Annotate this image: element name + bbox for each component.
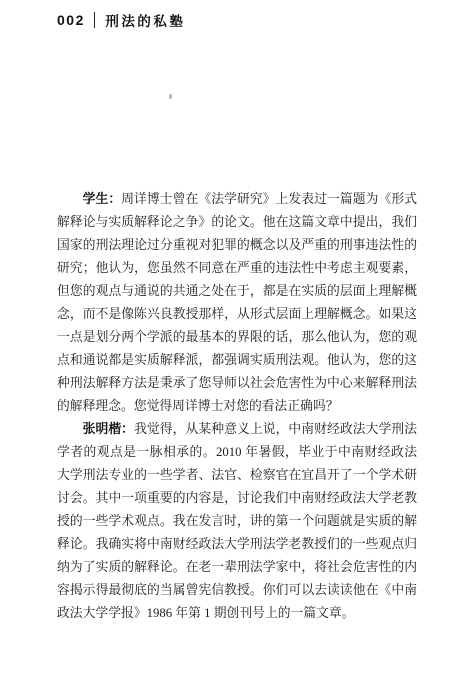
page-body: 学生：周详博士曾在《法学研究》上发表过一篇题为《形式解释论与实质解释论之争》的论… <box>57 188 417 625</box>
book-page: 002 刑法的私塾 学生：周详博士曾在《法学研究》上发表过一篇题为《形式解释论与… <box>0 0 473 689</box>
paragraph-text-zhang-mingkai: 我觉得，从某种意义上说，中南财经政法大学刑法学者的观点是一脉相承的。2010 年… <box>57 422 417 620</box>
header-divider <box>94 12 96 28</box>
dialogue-paragraph-student: 学生：周详博士曾在《法学研究》上发表过一篇题为《形式解释论与实质解释论之争》的论… <box>57 188 417 418</box>
page-number: 002 <box>57 12 85 28</box>
speaker-label-student: 学生： <box>83 192 122 206</box>
scan-artifact-dot <box>169 94 172 99</box>
paragraph-text-student: 周详博士曾在《法学研究》上发表过一篇题为《形式解释论与实质解释论之争》的论文。他… <box>57 192 417 413</box>
dialogue-paragraph-zhang-mingkai: 张明楷：我觉得，从某种意义上说，中南财经政法大学刑法学者的观点是一脉相承的。20… <box>57 418 417 625</box>
speaker-label-zhang-mingkai: 张明楷： <box>83 422 134 436</box>
page-header: 002 刑法的私塾 <box>57 10 185 30</box>
book-title: 刑法的私塾 <box>105 10 185 30</box>
